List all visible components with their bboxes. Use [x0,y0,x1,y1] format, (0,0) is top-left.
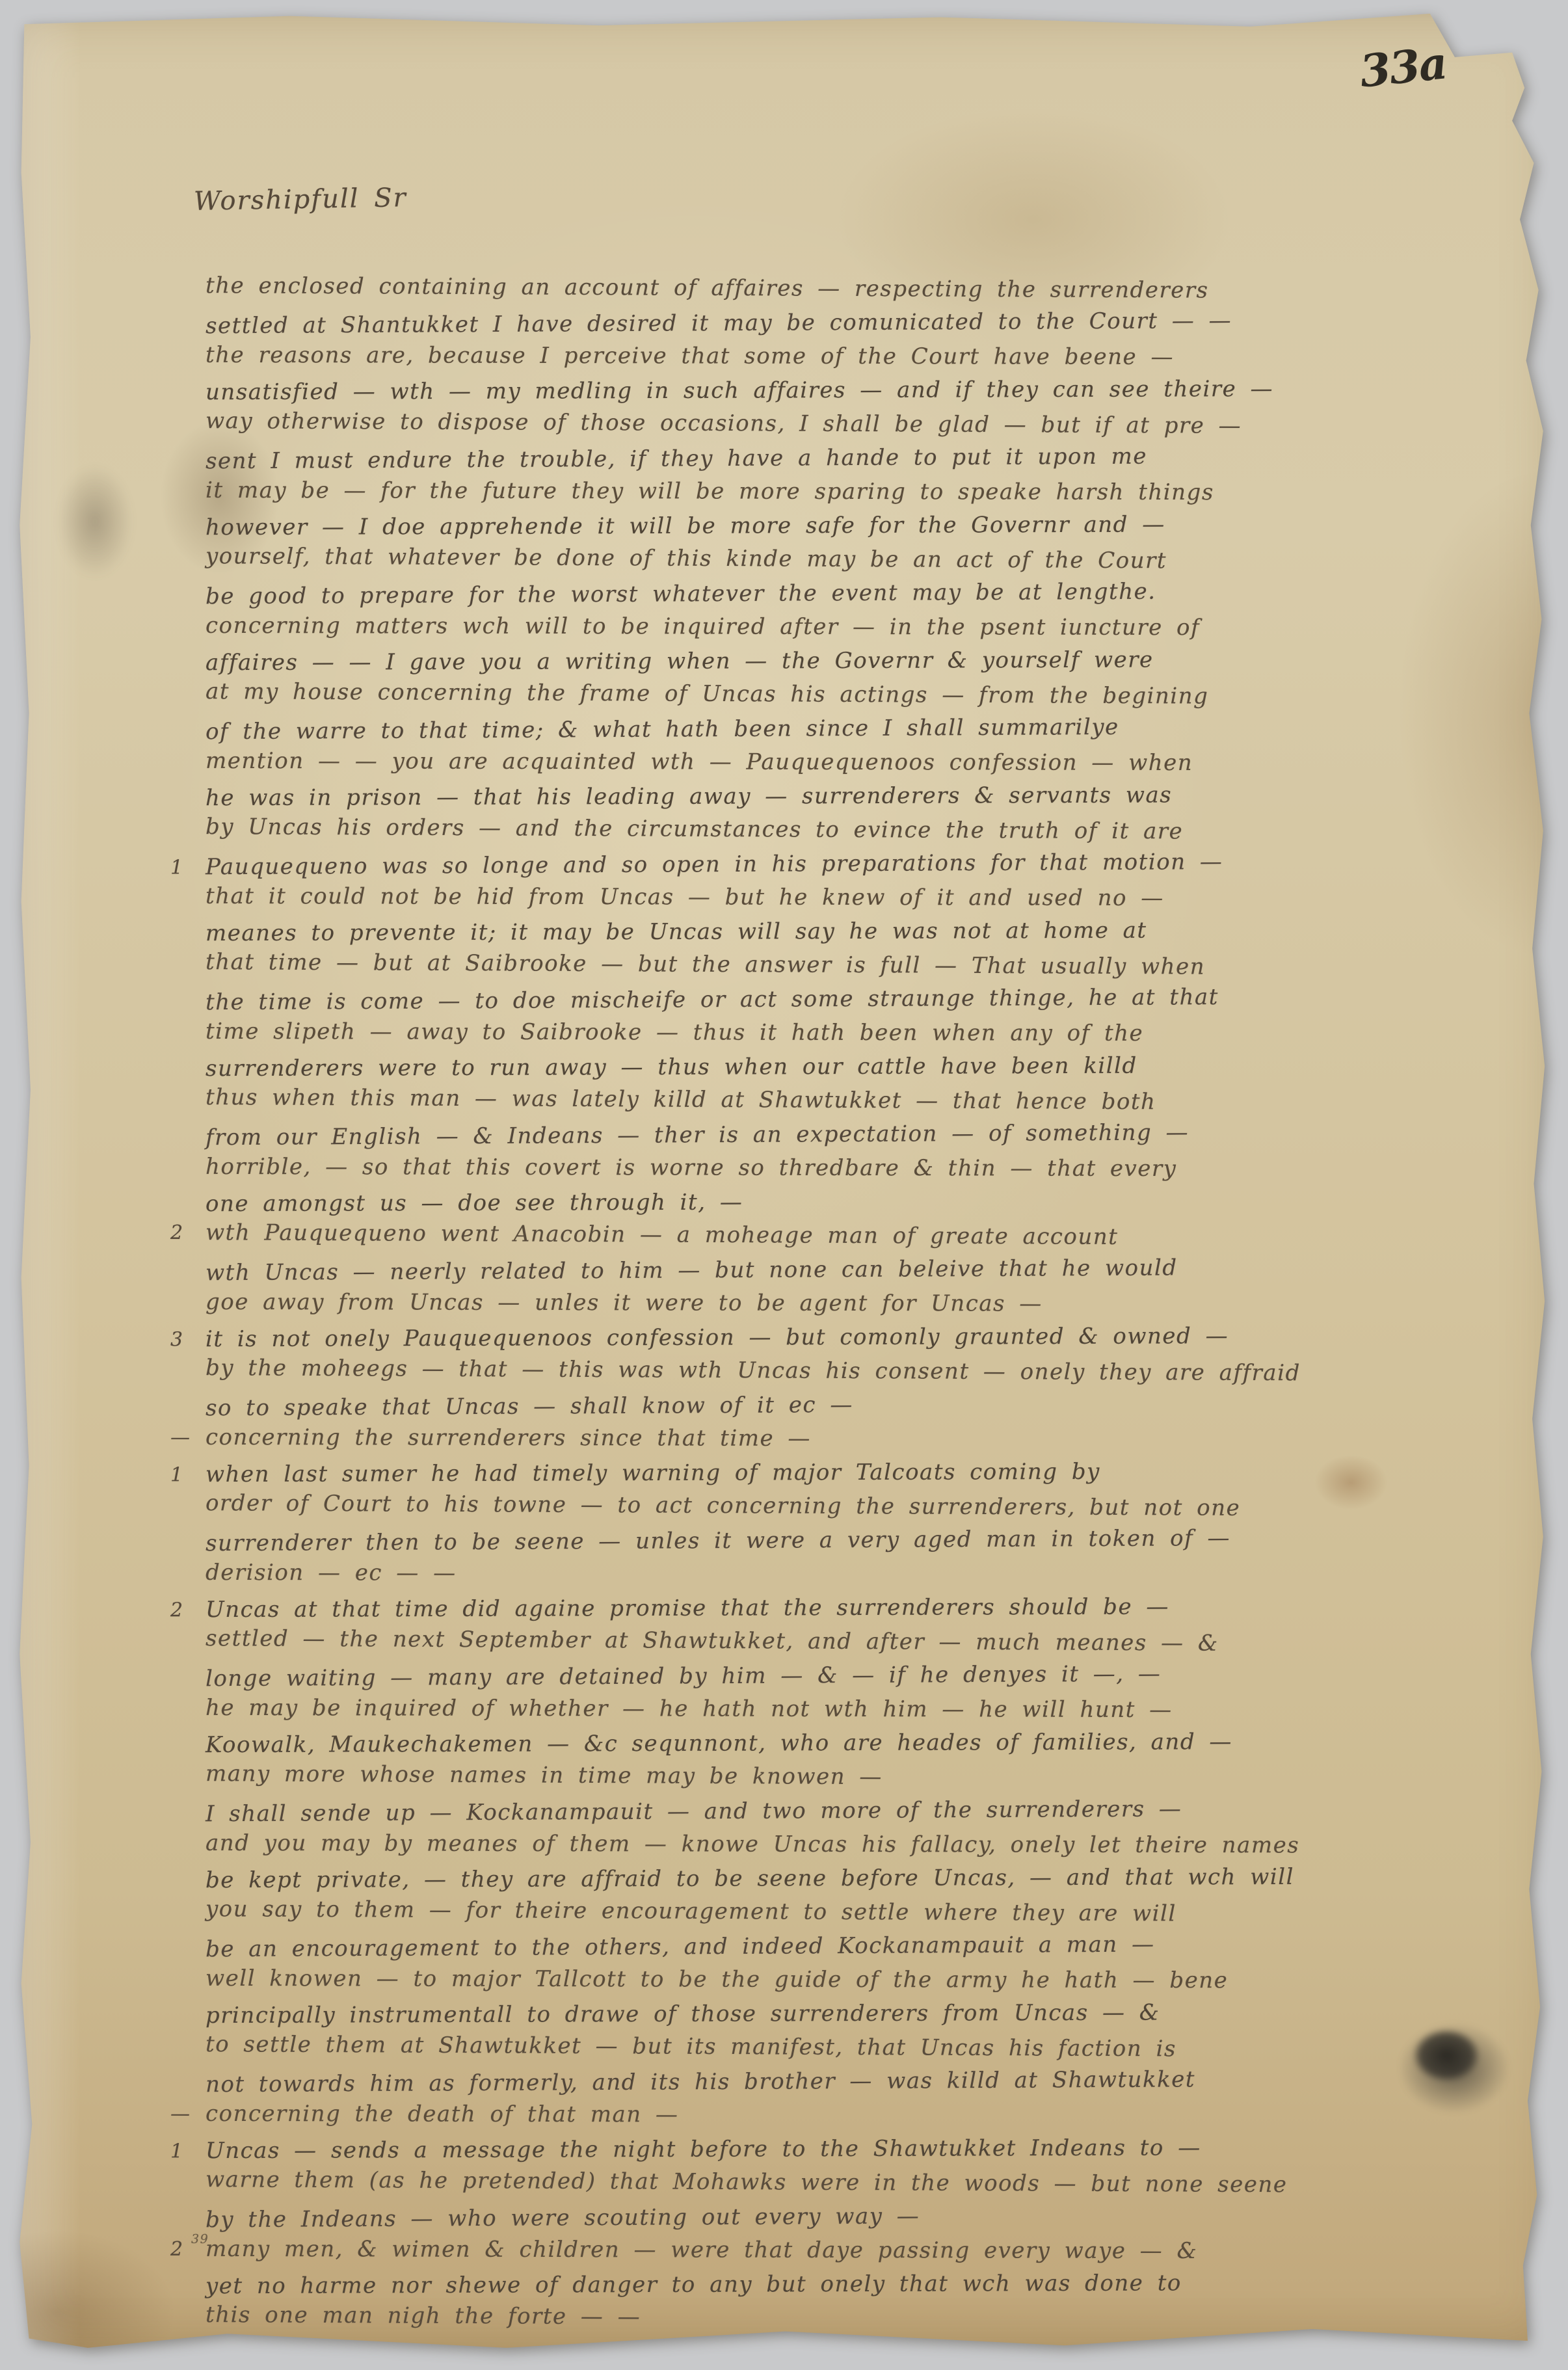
manuscript-line: by the Indeans — who were scouting out e… [206,2196,1506,2237]
manuscript-line: mention — — you are acquainted wth — Pau… [206,744,1506,780]
manuscript-line: yet no harme nor shewe of danger to any … [206,2265,1506,2303]
line-text: surrenderer then to be seene — unles it … [206,1525,1230,1556]
line-text: longe waiting — many are detained by him… [206,1661,1162,1692]
line-text: be an encouragement to the others, and i… [206,1932,1155,1963]
manuscript-line: so to speake that Uncas — shall know of … [206,1385,1506,1425]
line-text: sent I must endure the trouble, if they … [206,444,1147,475]
manuscript-page: 33a Worshipfull Sr the enclosed containi… [10,8,1560,2360]
line-text: wth Pauquequeno went Anacobin — a moheag… [206,1219,1119,1250]
line-text: it may be — for the future they will be … [206,477,1214,505]
scanned-manuscript-screenshot: { "folio": { "number": "33a" }, "colors"… [0,0,1568,2370]
line-text: by Uncas his orders — and the circumstan… [206,814,1183,844]
manuscript-line: concerning matters wch will to be inquir… [206,609,1506,645]
manuscript-line: 1 when last sumer he had timely warning … [206,1454,1506,1491]
manuscript-line: Koowalk, Maukechakemen — &c sequnnont, w… [206,1724,1506,1762]
line-text: derision — ec — — [206,1560,457,1586]
manuscript-line: well knowen — to major Tallcott to be th… [206,1962,1506,1998]
margin-number: 2 [170,1593,184,1627]
line-text: thus when this man — was lately killd at… [206,1084,1156,1115]
line-text: one amongst us — doe see through it, — [206,1190,743,1218]
folio-number: 33a [1357,37,1448,98]
line-text: at my house concerning the frame of Unca… [206,678,1209,710]
line-text: this one man nigh the forte — — [206,2302,641,2330]
manuscript-line: surrenderer then to be seene — unles it … [206,1520,1506,1560]
manuscript-line: meanes to prevente it; it may be Uncas w… [206,912,1506,950]
manuscript-line: sent I must endure the trouble, if they … [206,438,1506,478]
line-text: that it could not be hid from Uncas — bu… [206,883,1164,911]
manuscript-line: he was in prison — that his leading away… [206,777,1506,815]
manuscript-line: one amongst us — doe see through it, — [206,1183,1506,1221]
line-text: be good to prepare for the worst whateve… [206,579,1156,610]
aged-paper-sheet: 33a Worshipfull Sr the enclosed containi… [10,8,1560,2360]
line-text: he may be inquired of whether — he hath … [206,1695,1173,1723]
manuscript-line: however — I doe apprehende it will be mo… [206,507,1506,544]
line-text: to settle them at Shawtukket — but its m… [206,2031,1176,2062]
line-text: way otherwise to dispose of those occasi… [206,408,1242,439]
manuscript-line: time slipeth — away to Saibrooke — thus … [206,1015,1506,1051]
manuscript-line: be an encouragement to the others, and i… [206,1926,1506,1966]
margin-number: 2 [170,1216,184,1250]
manuscript-line: 2 Uncas at that time did againe promise … [206,1589,1506,1627]
line-text: you say to them — for theire encourageme… [206,1896,1176,1926]
manuscript-line: 2 39 many men, & wimen & children — were… [206,2232,1506,2269]
margin-number: 1 [170,851,184,885]
manuscript-line: 3 it is not onely Pauquequenoos confessi… [206,1318,1506,1356]
line-text: time slipeth — away to Saibrooke — thus … [206,1019,1143,1046]
line-text: Pauquequeno was so longe and so open in … [206,849,1223,880]
line-text: goe away from Uncas — unles it were to b… [206,1289,1043,1317]
manuscript-line: that it could not be hid from Uncas — bu… [206,879,1506,916]
line-text: that time — but at Saibrooke — but the a… [206,949,1205,980]
line-text: meanes to prevente it; it may be Uncas w… [206,918,1147,947]
line-text: yourself, that whatever be done of this … [206,543,1167,574]
manuscript-line: 1 Uncas — sends a message the night befo… [206,2130,1506,2168]
line-text: he was in prison — that his leading away… [206,782,1172,811]
line-text: Koowalk, Maukechakemen — &c sequnnont, w… [206,1729,1232,1758]
line-text: horrible, — so that this covert is worne… [206,1154,1176,1182]
manuscript-line: unsatisfied — wth — my medling in such a… [206,371,1506,409]
line-text: affaires — — I gave you a writing when —… [206,647,1154,676]
line-text: it is not onely Pauquequenoos confession… [206,1323,1229,1352]
manuscript-line: not towards him as formerly, and its his… [206,2061,1506,2101]
manuscript-text-block: the enclosed containing an account of af… [206,272,1506,2335]
line-text: concerning the surrenderers since that t… [206,1424,811,1452]
line-text: surrenderers were to run away — thus whe… [206,1053,1137,1082]
line-text: the enclosed containing an account of af… [206,273,1209,304]
manuscript-line: derision — ec — — [206,1556,1506,1592]
manuscript-line: he may be inquired of whether — he hath … [206,1691,1506,1727]
line-text: I shall sende up — Kockanampauit — and t… [206,1796,1182,1827]
line-text: from our English — & Indeans — ther is a… [206,1119,1189,1151]
margin-number: — [170,2097,191,2131]
line-text: concerning matters wch will to be inquir… [206,613,1200,641]
line-text: the reasons are, because I perceive that… [206,342,1174,370]
manuscript-line: wth Uncas — neerly related to him — but … [206,1249,1506,1290]
manuscript-line: be good to prepare for the worst whateve… [206,573,1506,613]
line-text: Uncas at that time did againe promise th… [206,1593,1169,1623]
line-text: warne them (as he pretended) that Mohawk… [206,2166,1288,2198]
margin-number: 3 [170,1323,184,1357]
line-text: by the moheegs — that — this was wth Unc… [206,1355,1301,1386]
margin-number: — [170,1421,191,1455]
line-text: yet no harme nor shewe of danger to any … [206,2270,1182,2299]
line-text: many men, & wimen & children — were that… [206,2236,1197,2264]
manuscript-line: surrenderers were to run away — thus whe… [206,1048,1506,1085]
margin-number: 2 [170,2233,184,2267]
line-text: order of Court to his towne — to act con… [206,1490,1240,1521]
line-text: concerning the death of that man — [206,2101,679,2128]
manuscript-line: and you may by meanes of them — knowe Un… [206,1826,1506,1863]
manuscript-line: — concerning the death of that man — [206,2097,1506,2133]
line-text: unsatisfied — wth — my medling in such a… [206,376,1273,405]
manuscript-line: of the warre to that time; & what hath b… [206,708,1506,749]
manuscript-line: it may be — for the future they will be … [206,473,1506,510]
line-text: not towards him as formerly, and its his… [206,2066,1195,2097]
line-text: principally instrumentall to drawe of th… [206,2000,1160,2029]
line-text: when last sumer he had timely warning of… [206,1459,1100,1487]
manuscript-line: — concerning the surrenderers since that… [206,1420,1506,1457]
ink-smudge-left [36,437,153,606]
line-text: settled — the next September at Shawtukk… [206,1625,1219,1657]
line-text: however — I doe apprehende it will be mo… [206,512,1165,541]
manuscript-line: the time is come — to doe mischeife or a… [206,979,1506,1019]
margin-number: 1 [170,1458,184,1492]
manuscript-line: be kept private, — they are affraid to b… [206,1859,1506,1897]
manuscript-line: horrible, — so that this covert is worne… [206,1150,1506,1186]
line-text: the time is come — to doe mischeife or a… [206,984,1219,1015]
manuscript-line: this one man nigh the forte — — [206,2298,1506,2338]
line-text: many more whose names in time may be kno… [206,1761,883,1790]
line-text: of the warre to that time; & what hath b… [206,714,1119,745]
manuscript-line: 1 Pauquequeno was so longe and so open i… [206,844,1506,884]
line-text: Uncas — sends a message the night before… [206,2135,1201,2164]
manuscript-line: affaires — — I gave you a writing when —… [206,642,1506,680]
line-text: be kept private, — they are affraid to b… [206,1864,1294,1893]
salutation: Worshipfull Sr [194,183,407,217]
manuscript-line: I shall sende up — Kockanampauit — and t… [206,1791,1506,1831]
manuscript-line: settled at Shantukket I have desired it … [206,302,1506,343]
line-text: well knowen — to major Tallcott to be th… [206,1965,1228,1993]
line-text: and you may by meanes of them — knowe Un… [206,1830,1299,1859]
manuscript-line: from our English — & Indeans — ther is a… [206,1114,1506,1154]
manuscript-line: goe away from Uncas — unles it were to b… [206,1285,1506,1322]
line-text: wth Uncas — neerly related to him — but … [206,1255,1178,1286]
line-text: by the Indeans — who were scouting out e… [206,2203,920,2233]
manuscript-line: longe waiting — many are detained by him… [206,1655,1506,1696]
margin-number: 1 [170,2135,184,2168]
margin-note: 39 [191,2222,209,2256]
line-text: so to speake that Uncas — shall know of … [206,1392,853,1421]
line-text: settled at Shantukket I have desired it … [206,308,1232,339]
manuscript-line: principally instrumentall to drawe of th… [206,1995,1506,2032]
manuscript-line: the reasons are, because I perceive that… [206,338,1506,375]
line-text: mention — — you are acquainted wth — Pau… [206,748,1193,776]
